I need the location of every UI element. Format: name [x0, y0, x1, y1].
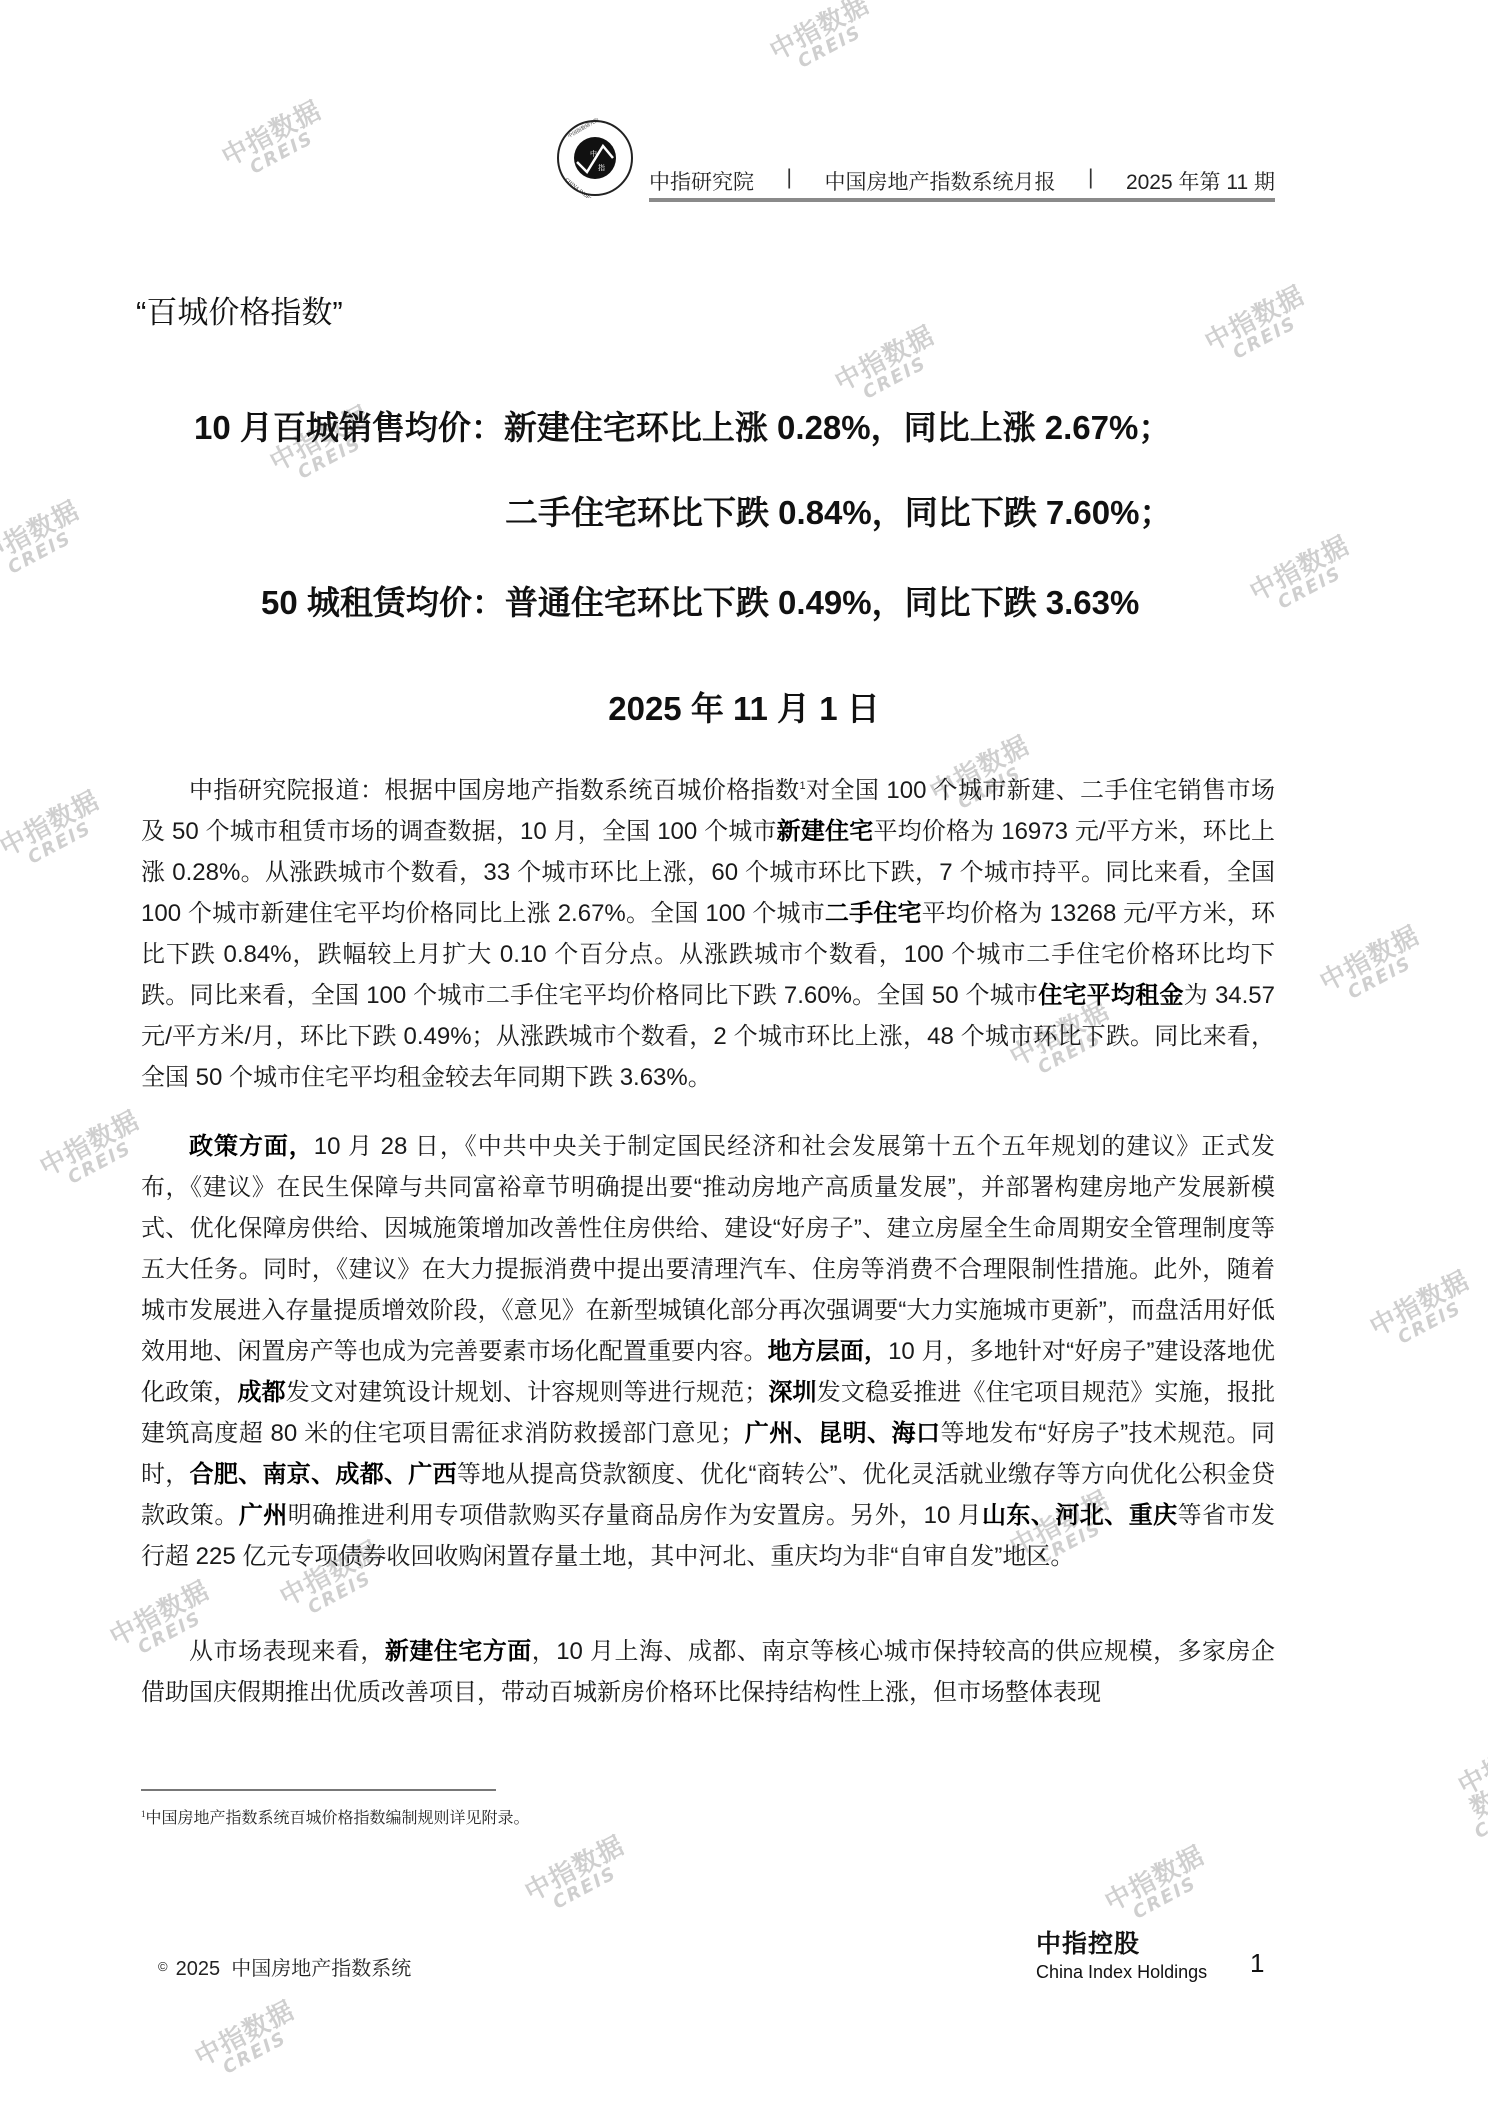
watermark: 中指数据CREIS [1101, 1842, 1217, 1932]
watermark: 中指数据CREIS [1366, 1267, 1482, 1357]
footnote-divider [141, 1789, 496, 1791]
headline-text: 新建住宅环比上涨 0.28%，同比上涨 2.67%； [504, 409, 1171, 446]
watermark: 中指数据CREIS [1316, 922, 1432, 1012]
watermark: 中指数据CREIS [521, 1832, 637, 1922]
section-kicker: “百城价格指数” [136, 287, 343, 332]
watermark: 中指数据CREIS [0, 497, 92, 587]
page-header: 中 指 中国指数研究院 CHINA INDEX ACADEMY 中指研究院 | … [555, 118, 1275, 193]
header-separator: | [1088, 166, 1093, 196]
headline-label: 50 城租赁均价： [261, 584, 505, 621]
footnote: 1中国房地产指数系统百城价格指数编制规则详见附录。 [141, 1805, 530, 1828]
headline-text: 普通住宅环比下跌 0.49%，同比下跌 3.63% [505, 584, 1139, 621]
paragraph-policy: 政策方面，10 月 28 日，《中共中央关于制定国民经济和社会发展第十五个五年规… [141, 1126, 1275, 1577]
watermark: 中指数据CREIS [218, 97, 334, 187]
headline-rental: 50 城租赁均价：普通住宅环比下跌 0.49%，同比下跌 3.63% [261, 577, 1139, 624]
watermark: 中指数据CREIS [1201, 282, 1317, 372]
watermark: 中指数据CREIS [831, 322, 947, 412]
watermark: 中指数据CREIS [766, 0, 882, 81]
brand-cn: 中指控股 [1036, 1924, 1207, 1960]
paragraph-market: 从市场表现来看，新建住宅方面，10 月上海、成都、南京等核心城市保持较高的供应规… [141, 1631, 1275, 1713]
svg-text:指: 指 [598, 163, 605, 172]
paragraph-summary: 中指研究院报道：根据中国房地产指数系统百城价格指数1对全国 100 个城市新建、… [141, 770, 1275, 1098]
copyright-year: 2025 [176, 1958, 221, 1980]
page-number: 1 [1250, 1948, 1264, 1979]
copyright-icon: © [158, 1959, 168, 1974]
header-issue: 2025 年第 11 期 [1126, 166, 1275, 196]
footer-brand-logo: 中指控股 China Index Holdings [1036, 1924, 1207, 1983]
headline-text: 二手住宅环比下跌 0.84%，同比下跌 7.60%； [505, 494, 1172, 531]
header-report-name: 中国房地产指数系统月报 [824, 166, 1055, 196]
headline-new-homes: 10 月百城销售均价：新建住宅环比上涨 0.28%，同比上涨 2.67%； [194, 402, 1171, 449]
header-title-line: 中指研究院 | 中国房地产指数系统月报 | 2025 年第 11 期 [649, 166, 1275, 202]
watermark: 中指数据CREIS [1246, 532, 1362, 622]
header-org: 中指研究院 [649, 166, 754, 196]
headline-second-hand: 二手住宅环比下跌 0.84%，同比下跌 7.60%； [505, 487, 1172, 534]
copyright-owner: 中国房地产指数系统 [231, 1958, 411, 1980]
headline-label: 10 月百城销售均价： [194, 409, 504, 446]
china-index-academy-logo-icon: 中 指 中国指数研究院 CHINA INDEX ACADEMY [555, 118, 635, 198]
footer-copyright: ©2025 中国房地产指数系统 [158, 1952, 411, 1981]
watermark: 中指数据CREIS [191, 1997, 307, 2087]
brand-en: China Index Holdings [1036, 1962, 1207, 1983]
svg-text:中: 中 [590, 149, 597, 158]
footnote-text: 中国房地产指数系统百城价格指数编制规则详见附录。 [146, 1810, 530, 1827]
header-separator: | [787, 166, 792, 196]
watermark: 中指数据CREIS [0, 787, 112, 877]
watermark: 中指数据CREIS [1448, 1748, 1488, 1842]
report-date: 2025 年 11 月 1 日 [0, 683, 1488, 730]
watermark: 中指数据CREIS [36, 1107, 152, 1197]
